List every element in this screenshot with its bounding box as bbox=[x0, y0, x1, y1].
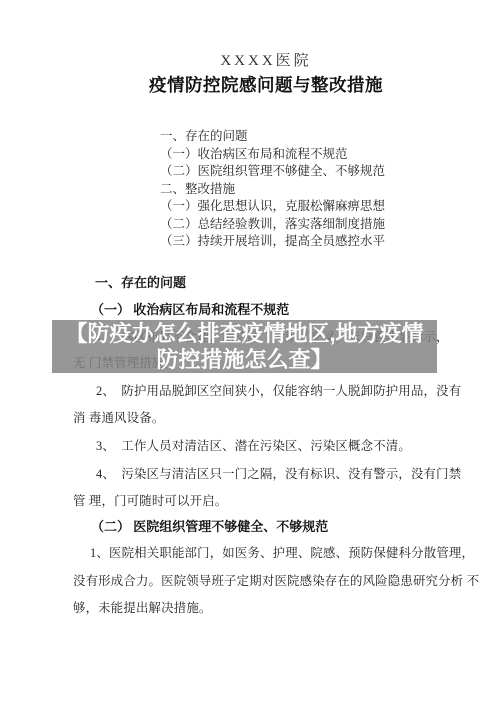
body-line: 1、医院相关职能部门，如医务、护理、院感、预防保健科分散管理， bbox=[90, 543, 474, 561]
document-title: 疫情防控院感问题与整改措施 bbox=[70, 72, 462, 97]
body-line: 没有形成合力。医院领导班子定期对医院感染存在的风险隐患研究分析 不 bbox=[73, 571, 479, 589]
toc-item: （二）总结经验教训，落实落细制度措施 bbox=[160, 216, 385, 234]
subsection-heading: （二） 医院组织管理不够健全、不够规范 bbox=[91, 516, 328, 535]
watermark-line: 【防疫办怎么排查疫情地区,地方疫情 bbox=[65, 321, 423, 347]
watermark-line: 防控措施怎么查】 bbox=[156, 347, 332, 373]
body-line: 够，未能提出解决措施。 bbox=[73, 598, 212, 616]
body-line: 消 毒通风设备。 bbox=[73, 408, 164, 426]
document-page: XXXX医院 疫情防控院感问题与整改措施 一、存在的问题 （一）收治病区布局和流… bbox=[0, 0, 500, 707]
toc-item: 一、存在的问题 bbox=[160, 128, 385, 146]
body-line: 4、 污染区与清洁区只一门之隔，没有标识、没有警示，没有门禁 bbox=[96, 464, 461, 482]
toc-item: （一）强化思想认识，克服松懈麻痹思想 bbox=[160, 198, 385, 216]
body-line: 管 理，门可随时可以开启。 bbox=[73, 491, 227, 509]
body-line: 3、 工作人员对清洁区、潜在污染区、污染区概念不清。 bbox=[96, 436, 411, 454]
subsection-heading: （一） 收治病区布局和流程不规范 bbox=[91, 299, 289, 318]
watermark-overlay: 【防疫办怎么排查疫情地区,地方疫情 防控措施怎么查】 bbox=[52, 320, 437, 373]
toc-item: （二）医院组织管理不够健全、不够规范 bbox=[160, 163, 385, 181]
hospital-name: XXXX医院 bbox=[70, 49, 462, 70]
body-line: 2、 防护用品脱卸区空间狭小，仅能容纳一人脱卸防护用品，没有 bbox=[96, 381, 461, 399]
table-of-contents: 一、存在的问题 （一）收治病区布局和流程不规范 （二）医院组织管理不够健全、不够… bbox=[160, 128, 385, 251]
toc-item: （三）持续开展培训，提高全员感控水平 bbox=[160, 233, 385, 251]
section-heading: 一、存在的问题 bbox=[95, 272, 186, 291]
toc-item: 二、整改措施 bbox=[160, 181, 385, 199]
toc-item: （一）收治病区布局和流程不规范 bbox=[160, 146, 385, 164]
